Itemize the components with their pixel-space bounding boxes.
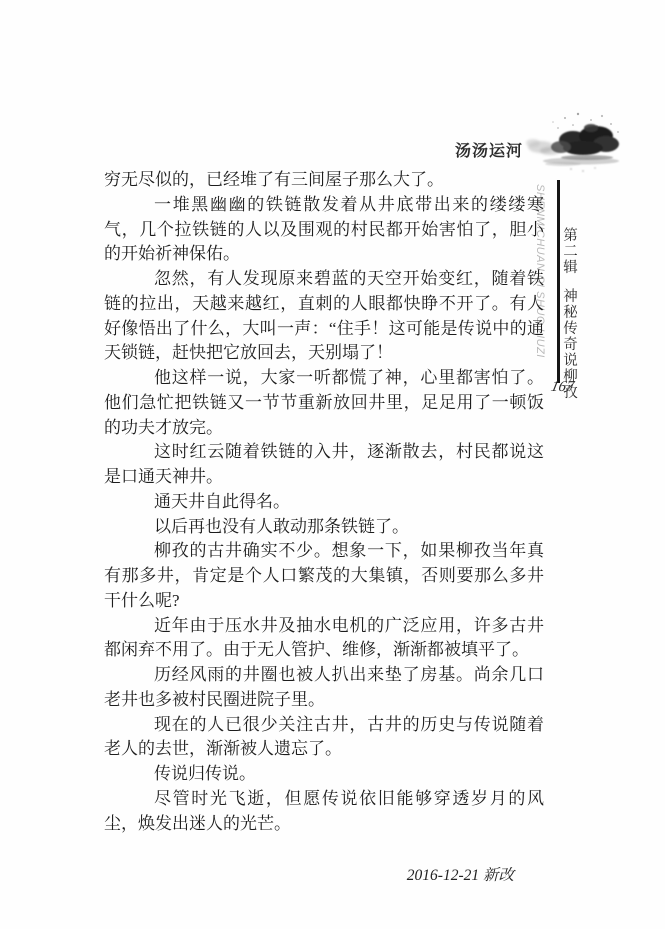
paragraph: 通天井自此得名。 <box>104 490 544 515</box>
sidebar-section-vertical: 第二辑神秘传奇说柳孜 <box>559 227 580 400</box>
ink-rocks <box>551 124 619 155</box>
paragraph: 传说归传说。 <box>104 762 544 787</box>
paragraph-continuation: 穷无尽似的，已经堆了有三间屋子那么大了。 <box>104 168 544 193</box>
paragraph: 以后再也没有人敢动那条铁链了。 <box>104 515 544 540</box>
section-label: 第二辑 <box>561 227 577 275</box>
paragraph: 这时红云随着铁链的入井，逐渐散去，村民都说这是口通天神井。 <box>104 440 544 490</box>
paragraph: 柳孜的古井确实不少。想象一下，如果柳孜当年真有那多井，肯定是个人口繁茂的大集镇，… <box>104 539 544 613</box>
ink-reflection <box>543 155 619 172</box>
body-text: 穷无尽似的，已经堆了有三间屋子那么大了。 一堆黑幽幽的铁链散发着从井底带出来的缕… <box>104 168 544 889</box>
dateline: 2016-12-21 新改 <box>104 864 544 889</box>
paragraph: 尽管时光飞逝，但愿传说依旧能够穿透岁月的风尘，焕发出迷人的光芒。 <box>104 787 544 837</box>
book-page: 汤汤运河 <box>0 0 665 929</box>
page-number: 167 <box>549 379 575 396</box>
paragraph: 近年由于压水井及抽水电机的广泛应用，许多古井都闲弃不用了。由于无人管护、维修，渐… <box>104 614 544 664</box>
paragraph: 现在的人已很少关注古井，古井的历史与传说随着老人的去世，渐渐被人遗忘了。 <box>104 713 544 763</box>
paragraph: 历经风雨的井圈也被人扒出来垫了房基。尚余几口老井也多被村民圈进院子里。 <box>104 663 544 713</box>
paragraph: 一堆黑幽幽的铁链散发着从井底带出来的缕缕寒气，几个拉铁链的人以及围观的村民都开始… <box>104 193 544 267</box>
paragraph: 忽然，有人发现原来碧蓝的天空开始变红，随着铁链的拉出，天越来越红，直刺的人眼都快… <box>104 267 544 366</box>
paragraph: 他这样一说，大家一听都慌了神，心里都害怕了。他们急忙把铁链又一节节重新放回井里，… <box>104 366 544 440</box>
